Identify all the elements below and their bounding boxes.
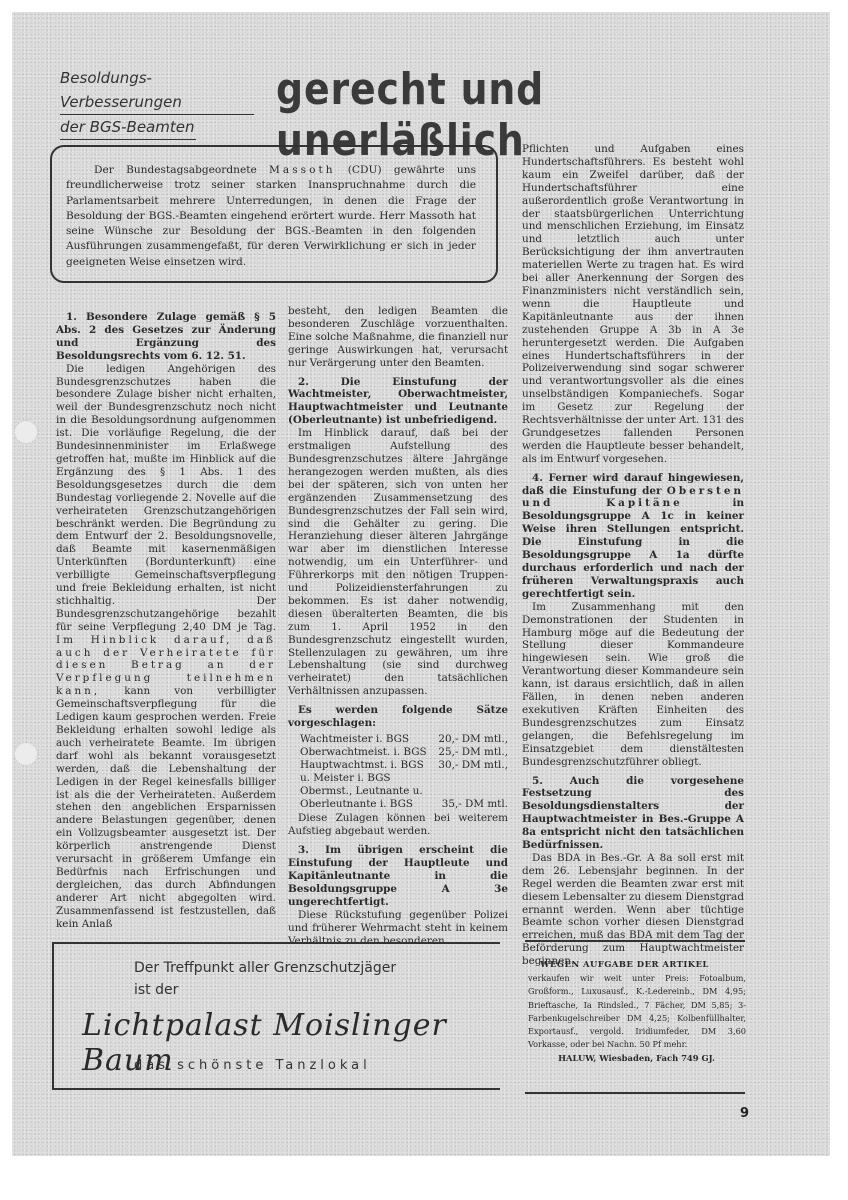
rate-amount: 35,- DM mtl.: [442, 798, 508, 811]
intro-name: Massoth: [269, 164, 336, 176]
intro-box: Der Bundestagsabgeordnete Massoth (CDU) …: [50, 145, 498, 283]
ad-title: WEGEN AUFGABE DER ARTIKEL: [503, 959, 746, 969]
ad-tagline: das schönste Tanzlokal: [134, 1058, 371, 1073]
section-5-heading: 5. Auch die vorgesehene Festsetzung des …: [522, 775, 744, 852]
ad-signature: HALUW, Wiesbaden, Fach 749 GJ.: [503, 1053, 746, 1063]
rates-intro: Es werden folgende Sätze vorgeschlagen:: [288, 704, 508, 730]
rate-rank: Obermst., Leutnante u.: [300, 785, 423, 798]
section-2-body: Im Hinblick darauf, daß bei der erstmali…: [288, 427, 508, 698]
column-2: besteht, den ledigen Beamten die besonde…: [288, 305, 508, 948]
rate-row: Wachtmeister i. BGS20,- DM mtl.,: [300, 733, 508, 746]
section-4-heading-post: in Besoldungsgruppe A 1c in keiner Weise…: [522, 497, 744, 599]
column-1: 1. Besondere Zulage gemäß § 5 Abs. 2 des…: [56, 311, 276, 931]
column-3: Pflichten und Aufgaben eines Hundertscha…: [522, 143, 744, 968]
rate-amount: 30,- DM mtl.,: [438, 759, 508, 772]
ad-line-1: Der Treffpunkt aller Grenzschutzjäger: [134, 960, 396, 976]
kicker-line-1: Besoldungs-Verbesserungen: [60, 66, 254, 115]
section-1-body: Die ledigen Angehörigen des Bundesgrenzs…: [56, 363, 276, 931]
article-kicker: Besoldungs-Verbesserungen der BGS-Beamte…: [60, 66, 254, 140]
section-1-body-cont: besteht, den ledigen Beamten die besonde…: [288, 305, 508, 370]
ad-line-2: ist der: [134, 982, 178, 998]
rate-row: u. Meister i. BGS: [300, 772, 508, 785]
advertisement-lichtpalast: Der Treffpunkt aller Grenzschutzjäger is…: [52, 942, 500, 1090]
advertisement-haluw: WEGEN AUFGABE DER ARTIKEL verkaufen wir …: [503, 940, 746, 1090]
rate-rank: Oberleutnante i. BGS: [300, 798, 413, 811]
section-3-heading: 3. Im übrigen erscheint die Einstufung d…: [288, 844, 508, 909]
intro-text: Der Bundestagsabgeordnete Massoth (CDU) …: [66, 163, 476, 270]
rate-row: Obermst., Leutnante u.: [300, 785, 508, 798]
section-1-heading: 1. Besondere Zulage gemäß § 5 Abs. 2 des…: [56, 311, 276, 363]
rate-amount: 20,- DM mtl.,: [438, 733, 508, 746]
section-1-body-b: kann von verbilligter Gemeinschaftsverpf…: [56, 685, 276, 929]
punch-hole-top: [14, 420, 38, 444]
section-3-body-cont: Pflichten und Aufgaben eines Hundertscha…: [522, 143, 744, 466]
intro-post: (CDU) gewährte uns freundlicherweise tro…: [66, 164, 476, 268]
rate-rank: u. Meister i. BGS: [300, 772, 391, 785]
punch-hole-bottom: [14, 742, 38, 766]
section-4-heading: 4. Ferner wird darauf hingewiesen, daß d…: [522, 472, 744, 601]
section-2-heading: 2. Die Einstufung der Wachtmeister, Ober…: [288, 376, 508, 428]
section-1-body-a: Die ledigen Angehörigen des Bundesgrenzs…: [56, 363, 276, 633]
ad-body: verkaufen wir weit unter Preis: Fotoalbu…: [528, 972, 746, 1052]
rate-row: Oberwachtmeist. i. BGS25,- DM mtl.,: [300, 746, 508, 759]
rate-rank: Wachtmeister i. BGS: [300, 733, 409, 746]
rate-row: Hauptwachtmst. i. BGS30,- DM mtl.,: [300, 759, 508, 772]
page-number: 9: [740, 1106, 749, 1121]
ad-top-rule: [525, 940, 745, 942]
rate-row: Oberleutnante i. BGS35,- DM mtl.: [300, 798, 508, 811]
rates-note: Diese Zulagen können bei weiterem Aufsti…: [288, 812, 508, 838]
kicker-line-2: der BGS-Beamten: [60, 115, 196, 140]
section-4-body: Im Zusammenhang mit den Demonstrationen …: [522, 601, 744, 769]
rates-table: Wachtmeister i. BGS20,- DM mtl., Oberwac…: [300, 733, 508, 810]
intro-pre: Der Bundestagsabgeordnete: [94, 164, 269, 176]
rate-rank: Hauptwachtmst. i. BGS: [300, 759, 424, 772]
rate-amount: 25,- DM mtl.,: [438, 746, 508, 759]
ad-bottom-rule: [525, 1092, 745, 1094]
rate-rank: Oberwachtmeist. i. BGS: [300, 746, 427, 759]
